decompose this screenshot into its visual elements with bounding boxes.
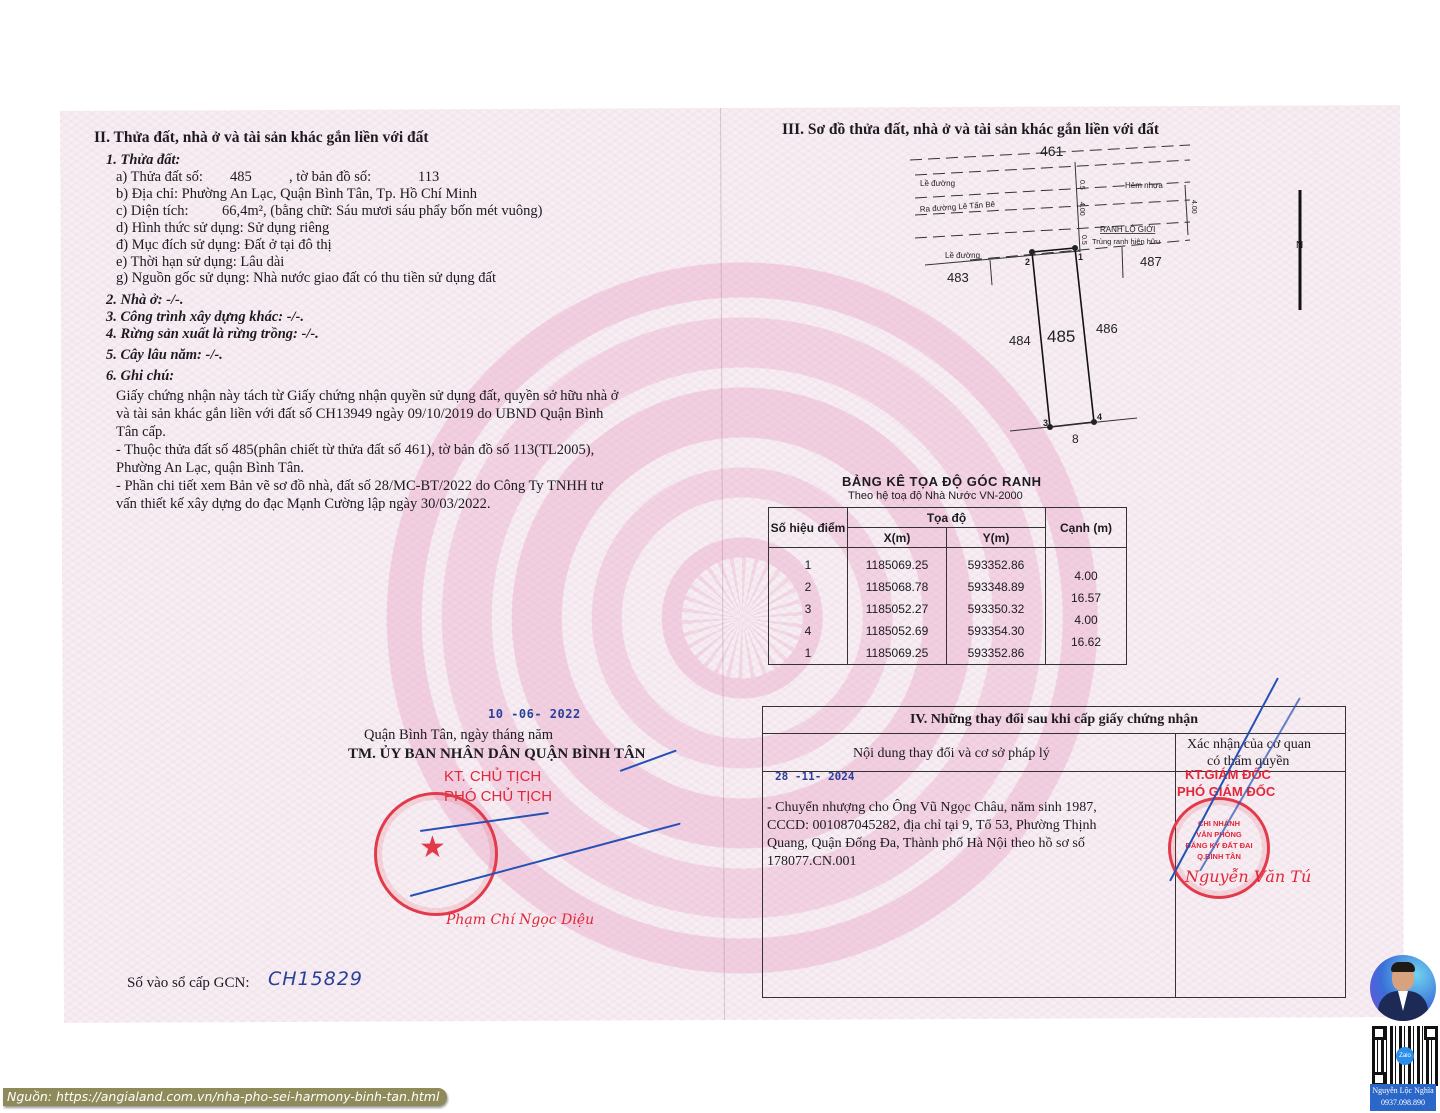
parcel-label-461: 461 [1040,143,1064,159]
issuing-authority: TM. ỦY BAN NHÂN DÂN QUẬN BÌNH TÂN [348,745,646,763]
change-line: 178077.CN.001 [767,853,856,871]
street-label: Hẻm nhựa [1125,181,1163,190]
house-item: 2. Nhà ở: -/-. [106,291,183,309]
change-date-stamp: 28 -11- 2024 [775,770,854,783]
dimension-label: 4.00 [1078,202,1085,216]
star-icon: ★ [419,833,446,863]
parcel-label-487: 487 [1140,254,1162,269]
change-line: Quang, Quận Đống Đa, Thành phố Hà Nội th… [767,835,1085,853]
perennial-trees-item: 5. Cây lâu năm: -/-. [106,346,223,364]
notes-heading: 6. Ghi chú: [106,367,174,385]
change-line: CCCD: 001087045282, địa chỉ tại 9, Tổ 53… [767,817,1096,835]
ubnd-seal: ★ [374,792,498,916]
qr-code[interactable]: Zalo [1370,1024,1440,1088]
point-label: 3 [1043,418,1048,428]
note-line: - Phần chi tiết xem Bản vẽ sơ đồ nhà, đấ… [116,477,603,495]
usage-purpose: đ) Mục đích sử dụng: Đất ở tại đô thị [116,236,332,254]
change-signer-name: Nguyễn Văn Tú [1185,867,1311,886]
issue-date-stamp: 10 -06- 2022 [488,707,581,721]
note-line: vấn thiết kế xây dựng do đạc Mạnh Cường … [116,495,491,513]
address: b) Địa chỉ: Phường An Lạc, Quận Bình Tân… [116,185,477,203]
boundary-label: RANH LỘ GIỚI [1100,225,1155,234]
source-link[interactable]: Nguồn: https://angialand.com.vn/nha-pho-… [3,1088,447,1106]
map-sheet-number: 113 [418,168,439,186]
svg-text:N: N [1296,240,1303,251]
col-confirm-header-1: Xác nhận của cơ quan [1187,736,1311,754]
street-label: Lề đường [920,179,955,188]
parcel-label-485: 485 [1047,327,1075,346]
land-heading: 1. Thửa đất: [106,151,180,169]
edge-column: 4.00 16.57 4.00 16.62 [1046,548,1127,665]
changes-title: IV. Những thay đổi sau khi cấp giấy chứn… [763,707,1345,734]
usage-origin: g) Nguồn gốc sử dụng: Nhà nước giao đất … [116,269,496,287]
place-date: Quận Bình Tân, ngày tháng năm [364,726,553,744]
signer-role-1: KT. CHỦ TỊCH [444,768,541,785]
point-label: 2 [1025,257,1030,267]
dimension-label: 0.5 [1080,235,1087,245]
registry-number: CH15829 [268,968,363,990]
note-line: Giấy chứng nhận này tách từ Giấy chứng n… [116,387,618,405]
agent-contact: Nguyễn Lộc Nghĩa 0937.098.890 [1370,1084,1436,1111]
note-line: Tân cấp. [116,423,166,441]
agent-avatar [1370,955,1436,1021]
section-iii-title: III. Sơ đồ thửa đất, nhà ở và tài sản kh… [782,121,1159,139]
col-x: X(m) [848,528,947,548]
col-content-header: Nội dung thay đổi và cơ sở pháp lý [853,745,1050,763]
parcel-label-486: 486 [1096,321,1118,336]
col-edge: Cạnh (m) [1046,508,1127,548]
parcel-diagram: 461 483 484 485 486 487 Lề đường Ra đườn… [900,140,1230,450]
production-forest-item: 4. Rừng sản xuất là rừng trồng: -/-. [106,325,319,343]
agent-name: Nguyễn Lộc Nghĩa [1370,1085,1436,1097]
change-line: - Chuyển nhượng cho Ông Vũ Ngọc Châu, nă… [767,799,1097,817]
y-column: 593352.86 593348.89 593350.32 593354.30 … [947,548,1046,665]
area-value: 66,4m², (bằng chữ: Sáu mươi sáu phẩy bốn… [222,202,543,220]
other-construction-item: 3. Công trình xây dựng khác: -/-. [106,308,304,326]
note-line: và tài sản khác gắn liền với đất số CH13… [116,405,603,423]
dimension-label: 0.5 [1078,180,1085,190]
zalo-icon: Zalo [1396,1047,1414,1065]
street-label: Lề đường [945,251,980,260]
signer-name: Phạm Chí Ngọc Diệu [446,912,594,928]
dimension-label: 4.00 [1190,200,1197,214]
parcel-label-484: 484 [1009,333,1031,348]
parcel-diagram-svg: 461 483 484 485 486 487 Lề đường Ra đườn… [900,140,1230,450]
agent-phone: 0937.098.890 [1370,1097,1436,1109]
note-line: Phường An Lạc, quận Bình Tân. [116,459,304,477]
x-column: 1185069.25 1185068.78 1185052.27 1185052… [848,548,947,665]
registry-label: Số vào sổ cấp GCN: [127,974,250,992]
point-label: 4 [1097,412,1102,422]
col-coord: Tọa độ [848,508,1046,528]
note-line: - Thuộc thửa đất số 485(phân chiết từ th… [116,441,594,459]
point-column: 1 2 3 4 1 [769,548,848,665]
parcel-number: 485 [230,168,252,186]
usage-form: d) Hình thức sử dụng: Sử dụng riêng [116,219,329,237]
area-label: c) Diện tích: [116,202,188,220]
col-point: Số hiệu điểm [769,508,848,548]
parcel-label-483: 483 [947,270,969,285]
coordinates-table: Số hiệu điểm Tọa độ Cạnh (m) X(m) Y(m) 1… [768,507,1127,665]
dimension-label: 8 [1072,432,1079,446]
section-ii-title: II. Thửa đất, nhà ở và tài sản khác gắn … [94,129,429,147]
map-sheet-label: , tờ bản đồ số: [289,168,371,186]
coordinates-subtitle: Theo hệ toạ độ Nhà Nước VN-2000 [848,490,1023,502]
parcel-label: a) Thửa đất số: [116,168,203,186]
point-label: 1 [1078,252,1083,262]
street-label: Ra đường Lê Tấn Bê [920,200,996,214]
coordinates-title: BẢNG KÊ TỌA ĐỘ GÓC RANH [842,474,1042,489]
boundary-note: Trùng ranh hiện hữu [1092,237,1160,246]
changes-table: IV. Những thay đổi sau khi cấp giấy chứn… [762,706,1346,998]
col-y: Y(m) [947,528,1046,548]
